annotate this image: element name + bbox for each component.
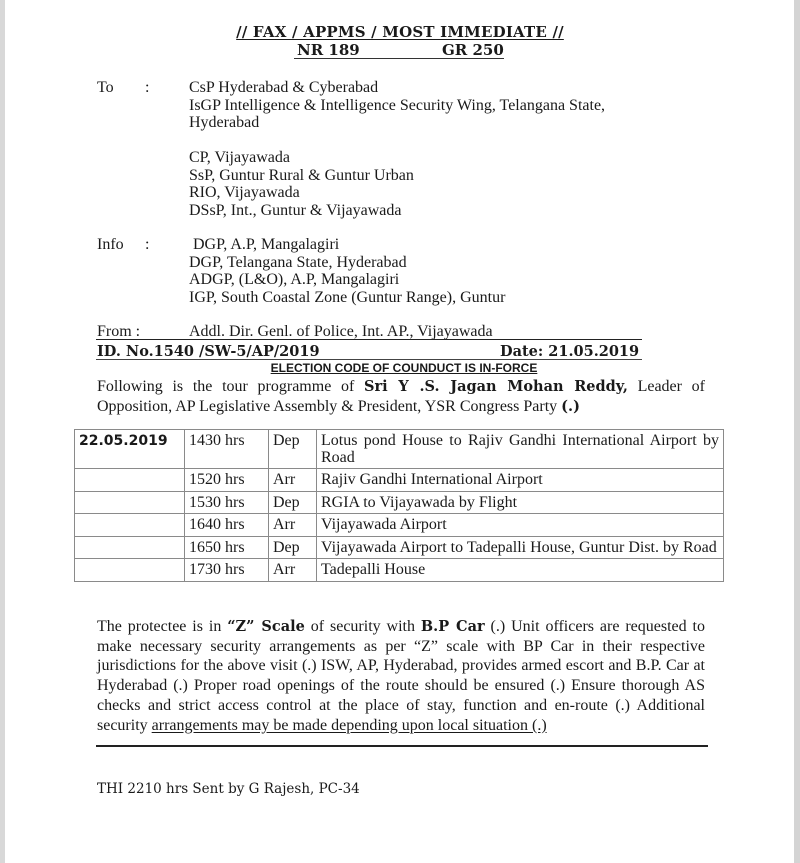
instr-text: The protectee is in: [97, 618, 227, 635]
schedule-type: Arr: [269, 514, 317, 537]
intro-stop: (.): [561, 398, 580, 415]
info-recipient: DGP, Telangana State, Hyderabad: [189, 254, 505, 272]
schedule-type: Dep: [269, 491, 317, 514]
intro-text: Following is the tour programme of: [97, 378, 364, 395]
schedule-time: 1650 hrs: [185, 536, 269, 559]
schedule-type: Dep: [269, 430, 317, 469]
info-recipients: DGP, A.P, Mangalagiri DGP, Telangana Sta…: [189, 236, 505, 306]
recipient: RIO, Vijayawada: [189, 184, 414, 202]
to-recipients-group2: CP, Vijayawada SsP, Guntur Rural & Guntu…: [189, 149, 414, 219]
info-colon: :: [145, 236, 149, 254]
nr-number: NR 189: [297, 41, 360, 59]
recipient: SsP, Guntur Rural & Guntur Urban: [189, 167, 414, 185]
schedule-row: 1530 hrsDepRGIA to Vijayawada by Flight: [75, 491, 724, 514]
reference-id: ID. No.1540 /SW-5/AP/2019: [97, 343, 320, 360]
tour-schedule-table: 22.05.20191430 hrsDepLotus pond House to…: [74, 429, 724, 582]
schedule-details: Lotus pond House to Rajiv Gandhi Interna…: [317, 430, 724, 469]
schedule-details: Vijayawada Airport: [317, 514, 724, 537]
schedule-time: 1430 hrs: [185, 430, 269, 469]
info-recipient: IGP, South Coastal Zone (Guntur Range), …: [189, 289, 505, 307]
page-edge-left: [0, 0, 5, 863]
page-edge-right: [794, 0, 800, 863]
schedule-row: 1730 hrsArrTadepalli House: [75, 559, 724, 582]
schedule-details: Vijayawada Airport to Tadepalli House, G…: [317, 536, 724, 559]
from-divider: [96, 339, 642, 340]
recipient: IsGP Intelligence & Intelligence Securit…: [189, 97, 605, 115]
schedule-details: RGIA to Vijayawada by Flight: [317, 491, 724, 514]
schedule-time: 1640 hrs: [185, 514, 269, 537]
schedule-time: 1530 hrs: [185, 491, 269, 514]
info-recipient: ADGP, (L&O), A.P, Mangalagiri: [189, 271, 505, 289]
fax-header-title: // FAX / APPMS / MOST IMMEDIATE //: [236, 23, 564, 41]
header-underline: [294, 58, 504, 59]
schedule-date: 22.05.2019: [75, 430, 185, 469]
protectee-name: Sri Y .S. Jagan Mohan Reddy,: [364, 378, 628, 395]
schedule-type: Dep: [269, 536, 317, 559]
schedule-details: Tadepalli House: [317, 559, 724, 582]
transmission-footer: THI 2210 hrs Sent by G Rajesh, PC-34: [97, 781, 360, 797]
instr-text: of security with: [305, 618, 421, 635]
schedule-type: Arr: [269, 469, 317, 492]
instr-text-last: arrangements may be made depending upon …: [152, 717, 547, 734]
election-code-text: ELECTION CODE OF COUNDUCT IS IN-FORCE: [263, 361, 538, 375]
recipient: CsP Hyderabad & Cyberabad: [189, 79, 605, 97]
fax-header: // FAX / APPMS / MOST IMMEDIATE //: [0, 23, 800, 41]
to-recipients-group1: CsP Hyderabad & Cyberabad IsGP Intellige…: [189, 79, 605, 132]
election-code-notice: ELECTION CODE OF COUNDUCT IS IN-FORCE: [0, 361, 800, 375]
schedule-type: Arr: [269, 559, 317, 582]
id-divider: [96, 359, 642, 360]
schedule-row: 22.05.20191430 hrsDepLotus pond House to…: [75, 430, 724, 469]
security-instructions-paragraph: The protectee is in “Z” Scale of securit…: [97, 617, 705, 735]
reference-date: Date: 21.05.2019: [500, 343, 639, 360]
to-colon: :: [145, 79, 149, 97]
bp-car: B.P Car: [421, 618, 485, 635]
tour-intro-paragraph: Following is the tour programme of Sri Y…: [97, 377, 705, 417]
schedule-row: 1520 hrsArrRajiv Gandhi International Ai…: [75, 469, 724, 492]
instructions-divider: [96, 745, 708, 747]
schedule-date: [75, 514, 185, 537]
schedule-time: 1520 hrs: [185, 469, 269, 492]
schedule-time: 1730 hrs: [185, 559, 269, 582]
info-recipient: DGP, A.P, Mangalagiri: [189, 236, 505, 254]
gr-number: GR 250: [442, 41, 504, 59]
schedule-date: [75, 469, 185, 492]
to-label: To: [97, 79, 114, 97]
schedule-date: [75, 536, 185, 559]
security-scale: “Z” Scale: [227, 618, 305, 635]
schedule-date: [75, 559, 185, 582]
info-label: Info: [97, 236, 124, 254]
schedule-row: 1640 hrsArrVijayawada Airport: [75, 514, 724, 537]
schedule-row: 1650 hrsDepVijayawada Airport to Tadepal…: [75, 536, 724, 559]
recipient: Hyderabad: [189, 114, 605, 132]
schedule-date: [75, 491, 185, 514]
schedule-details: Rajiv Gandhi International Airport: [317, 469, 724, 492]
recipient: DSsP, Int., Guntur & Vijayawada: [189, 202, 414, 220]
from-sender: Addl. Dir. Genl. of Police, Int. AP., Vi…: [189, 323, 493, 341]
from-value: Addl. Dir. Genl. of Police, Int. AP., Vi…: [189, 323, 493, 341]
recipient: CP, Vijayawada: [189, 149, 414, 167]
